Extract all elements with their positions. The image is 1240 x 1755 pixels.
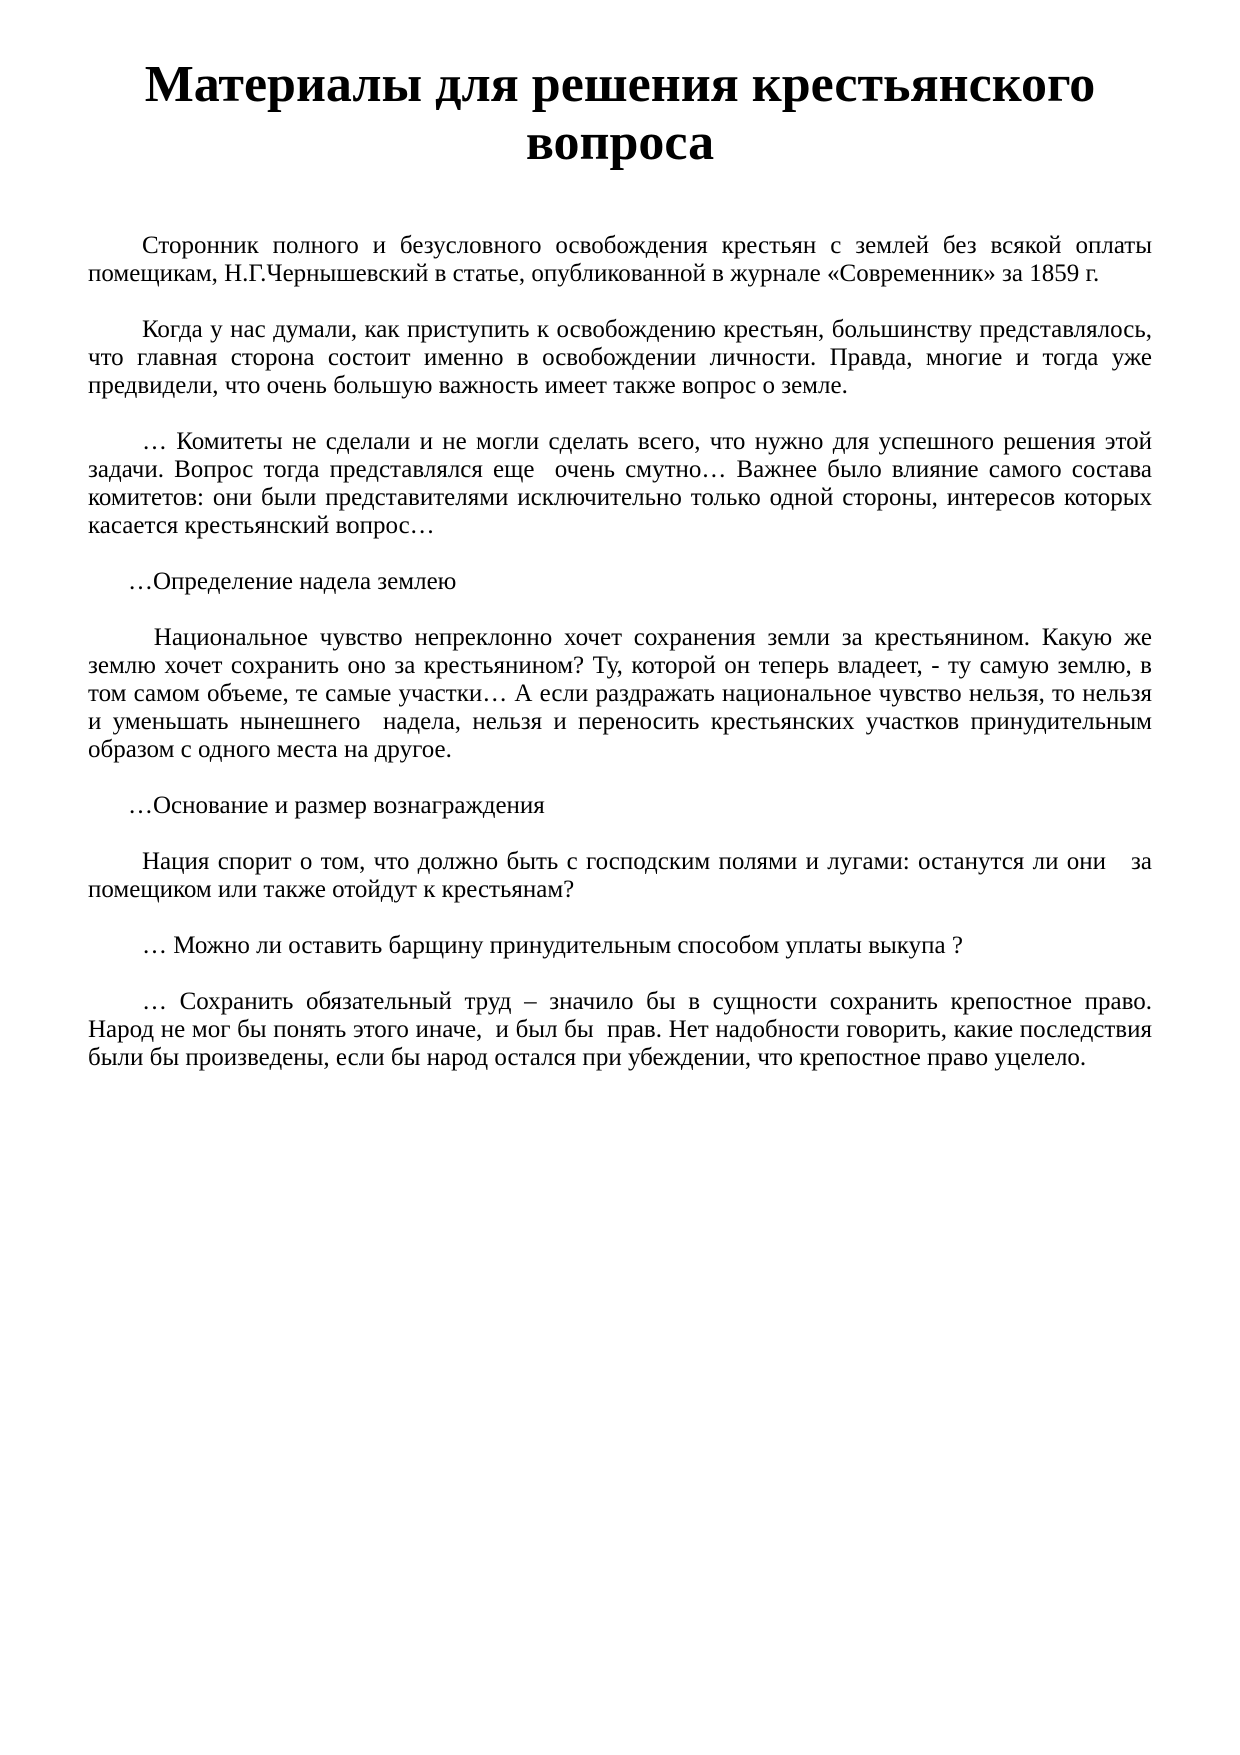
body-paragraph: … Можно ли оставить барщину принудительн… [88,932,1152,960]
body-paragraph: … Комитеты не сделали и не могли сделать… [88,428,1152,540]
body-paragraph: Национальное чувство непреклонно хочет с… [88,624,1152,764]
body-paragraph: … Сохранить обязательный труд – значило … [88,988,1152,1072]
document-page: Материалы для решения крестьянского вопр… [0,0,1240,1755]
document-body: Сторонник полного и безусловного освобож… [88,232,1152,1072]
section-subheading: …Основание и размер вознаграждения [88,792,1152,820]
section-subheading: …Определение надела землею [88,568,1152,596]
body-paragraph: Когда у нас думали, как приступить к осв… [88,316,1152,400]
document-title: Материалы для решения крестьянского вопр… [88,56,1152,172]
body-paragraph: Нация спорит о том, что должно быть с го… [88,848,1152,904]
body-paragraph: Сторонник полного и безусловного освобож… [88,232,1152,288]
